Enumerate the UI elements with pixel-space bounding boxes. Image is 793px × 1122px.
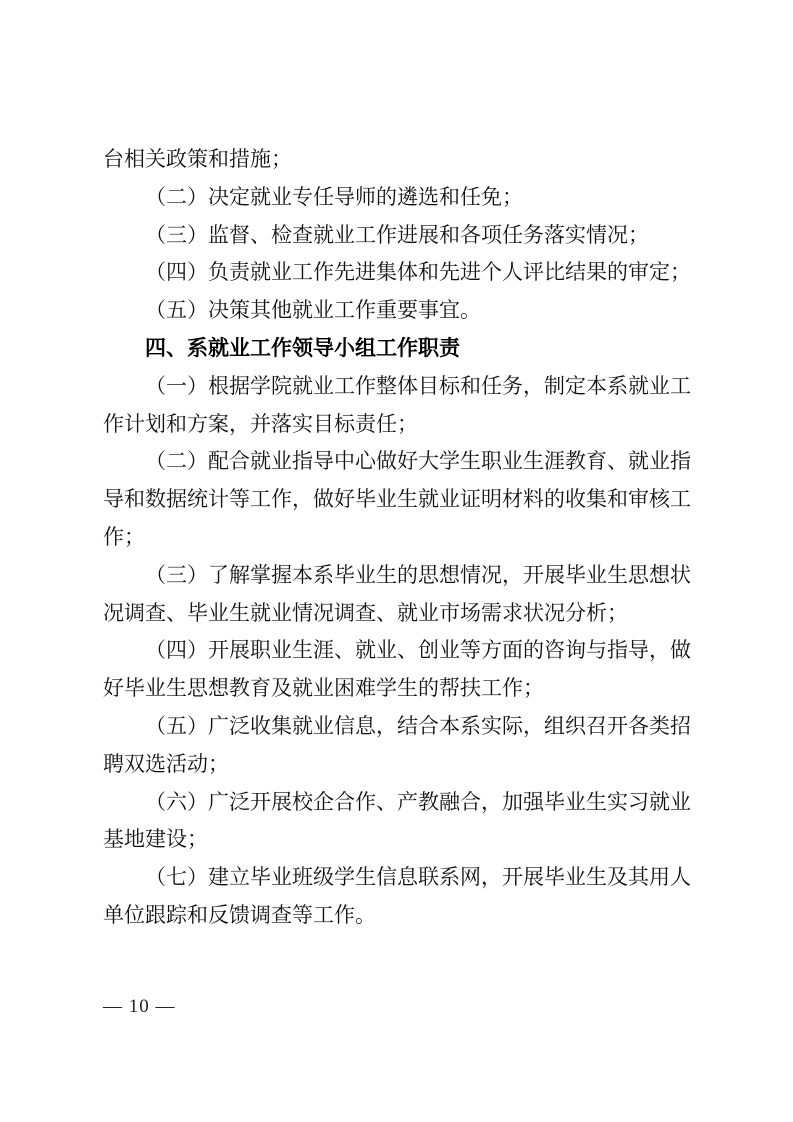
section-heading: 四、系就业工作领导小组工作职责 [103, 330, 691, 368]
duty-item-3: （三）了解掌握本系毕业生的思想情况，开展毕业生思想状况调查、毕业生就业情况调查、… [103, 557, 691, 633]
duty-item-6: （六）广泛开展校企合作、产教融合，加强毕业生实习就业基地建设； [103, 784, 691, 860]
decision-item-5: （五）决策其他就业工作重要事宜。 [103, 292, 691, 330]
duty-item-5: （五）广泛收集就业信息，结合本系实际，组织召开各类招聘双选活动； [103, 708, 691, 784]
duty-item-2: （二）配合就业指导中心做好大学生职业生涯教育、就业指导和数据统计等工作，做好毕业… [103, 443, 691, 556]
duty-item-4: （四）开展职业生涯、就业、创业等方面的咨询与指导，做好毕业生思想教育及就业困难学… [103, 632, 691, 708]
duty-item-1: （一）根据学院就业工作整体目标和任务，制定本系就业工作计划和方案，并落实目标责任… [103, 368, 691, 444]
decision-item-4: （四）负责就业工作先进集体和先进个人评比结果的审定； [103, 254, 691, 292]
page-number: — 10 — [103, 995, 176, 1019]
page-body-text: 台相关政策和措施； （二）决定就业专任导师的遴选和任免； （三）监督、检查就业工… [103, 141, 691, 935]
decision-item-2: （二）决定就业专任导师的遴选和任免； [103, 179, 691, 217]
paragraph-continuation: 台相关政策和措施； [103, 141, 691, 179]
duty-item-7: （七）建立毕业班级学生信息联系网，开展毕业生及其用人单位跟踪和反馈调查等工作。 [103, 859, 691, 935]
decision-item-3: （三）监督、检查就业工作进展和各项任务落实情况； [103, 217, 691, 255]
document-page: 台相关政策和措施； （二）决定就业专任导师的遴选和任免； （三）监督、检查就业工… [0, 0, 793, 1122]
